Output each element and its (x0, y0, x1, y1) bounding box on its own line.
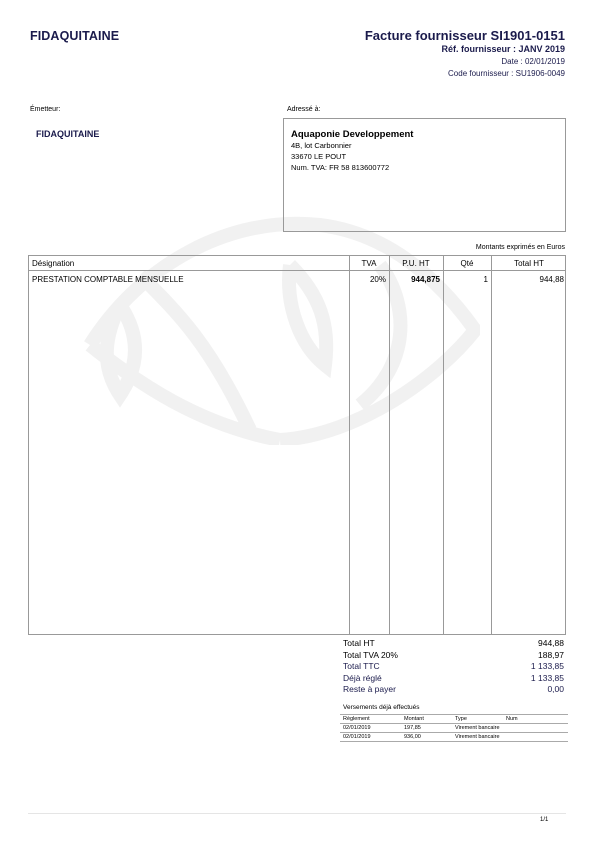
payments-title: Versements déjà effectués (343, 704, 419, 711)
already-paid-label: Déjà réglé (343, 673, 382, 685)
payment-num (503, 733, 568, 742)
emitter-label: Émetteur: (30, 106, 60, 113)
payments-header-num: Num (503, 715, 568, 724)
company-name: FIDAQUITAINE (30, 29, 119, 43)
items-table: Désignation TVA P.U. HT Qté Total HT PRE… (28, 255, 566, 635)
total-ttc-value: 1 133,85 (531, 661, 564, 673)
remaining-value: 0,00 (547, 684, 564, 696)
addressee-address-line: 4B, lot Carbonnier (291, 141, 351, 150)
column-header-quantity: Qté (443, 259, 491, 268)
totals-block: Total HT944,88 Total TVA 20%188,97 Total… (343, 638, 564, 696)
remaining-label: Reste à payer (343, 684, 396, 696)
payment-num (503, 724, 568, 733)
payments-table: Règlement Montant Type Num 02/01/2019 19… (340, 714, 568, 742)
total-tva-row: Total TVA 20%188,97 (343, 650, 564, 662)
payments-header-amount: Montant (401, 715, 452, 724)
total-ttc-label: Total TTC (343, 661, 380, 673)
column-divider (349, 256, 350, 634)
column-divider (443, 256, 444, 634)
item-unit-price: 944,875 (389, 275, 440, 284)
addressee-label: Adressé à: (287, 106, 320, 113)
footer-divider (28, 813, 566, 814)
payment-date: 02/01/2019 (340, 724, 401, 733)
item-quantity: 1 (443, 275, 488, 284)
invoice-title: Facture fournisseur SI1901-0151 (365, 28, 565, 43)
item-tva: 20% (349, 275, 386, 284)
column-divider (491, 256, 492, 634)
column-header-unit-price: P.U. HT (389, 259, 443, 268)
payments-header-type: Type (452, 715, 503, 724)
header-divider (29, 270, 565, 271)
column-header-designation: Désignation (32, 259, 74, 268)
page-number: 1/1 (540, 817, 548, 823)
addressee-postal-line: 33670 LE POUT (291, 152, 346, 161)
column-header-tva: TVA (349, 259, 389, 268)
addressee-name: Aquaponie Developpement (291, 129, 413, 140)
payment-type: Virement bancaire (452, 724, 503, 733)
addressee-vat-number: Num. TVA: FR 58 813600772 (291, 163, 389, 172)
payments-header-row: Règlement Montant Type Num (340, 715, 568, 724)
emitter-name: FIDAQUITAINE (36, 129, 99, 139)
total-ht-row: Total HT944,88 (343, 638, 564, 650)
payment-row: 02/01/2019 936,00 Virement bancaire (340, 733, 568, 742)
currency-note: Montants exprimés en Euros (476, 244, 565, 251)
supplier-ref: Réf. fournisseur : JANV 2019 (441, 44, 565, 54)
payments-header-date: Règlement (340, 715, 401, 724)
total-tva-label: Total TVA 20% (343, 650, 398, 662)
total-ht-value: 944,88 (538, 638, 564, 650)
total-ht-label: Total HT (343, 638, 375, 650)
payment-row: 02/01/2019 197,85 Virement bancaire (340, 724, 568, 733)
payment-date: 02/01/2019 (340, 733, 401, 742)
remaining-row: Reste à payer0,00 (343, 684, 564, 696)
total-tva-value: 188,97 (538, 650, 564, 662)
column-divider (389, 256, 390, 634)
payment-type: Virement bancaire (452, 733, 503, 742)
payment-amount: 197,85 (401, 724, 452, 733)
already-paid-row: Déjà réglé1 133,85 (343, 673, 564, 685)
item-total-ht: 944,88 (491, 275, 564, 284)
supplier-code: Code fournisseur : SU1906-0049 (448, 69, 565, 78)
total-ttc-row: Total TTC1 133,85 (343, 661, 564, 673)
item-designation: PRESTATION COMPTABLE MENSUELLE (32, 275, 184, 284)
payment-amount: 936,00 (401, 733, 452, 742)
invoice-date: Date : 02/01/2019 (501, 57, 565, 66)
column-header-total-ht: Total HT (491, 259, 567, 268)
already-paid-value: 1 133,85 (531, 673, 564, 685)
